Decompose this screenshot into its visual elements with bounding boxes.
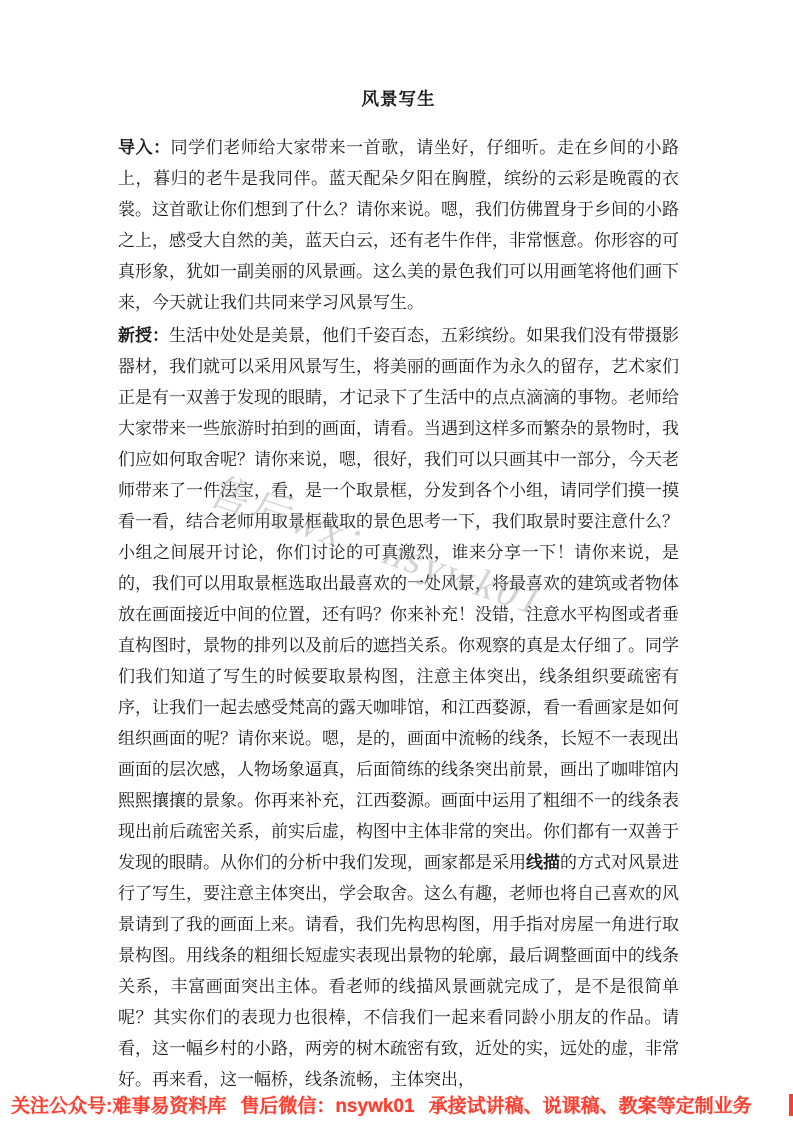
paragraph-intro: 导入：同学们老师给大家带来一首歌，请坐好，仔细听。走在乡间的小路上，暮归的老牛是… xyxy=(118,132,679,318)
bold-term-line-drawing: 线描 xyxy=(526,853,560,872)
footer-wechat-contact: 售后微信：nsywk01 xyxy=(240,1091,414,1118)
paragraph-intro-label: 导入： xyxy=(118,138,171,157)
promo-footer: 关注公众号:难事易资料库 售后微信：nsywk01 承接试讲稿、说课稿、教案等定… xyxy=(0,1090,793,1122)
page-title: 风景写生 xyxy=(118,86,679,112)
paragraph-new-lesson-text-before: 生活中处处是美景，他们千姿百态，五彩缤纷。如果我们没有带摄影器材，我们就可以采用… xyxy=(118,326,679,872)
paragraph-new-lesson: 新授：生活中处处是美景，他们千姿百态，五彩缤纷。如果我们没有带摄影器材，我们就可… xyxy=(118,320,679,1095)
paragraph-intro-text: 同学们老师给大家带来一首歌，请坐好，仔细听。走在乡间的小路上，暮归的老牛是我同伴… xyxy=(118,138,679,312)
paragraph-new-lesson-label: 新授： xyxy=(118,326,169,345)
footer-official-account: 关注公众号:难事易资料库 xyxy=(11,1091,226,1118)
page-title-text: 风景写生 xyxy=(362,89,436,109)
document-page: 风景写生 导入：同学们老师给大家带来一首歌，请坐好，仔细听。走在乡间的小路上，暮… xyxy=(0,0,793,1122)
footer-edge-mark xyxy=(789,1094,793,1116)
footer-services: 承接试讲稿、说课稿、教案等定制业务 xyxy=(429,1091,752,1118)
paragraph-new-lesson-text-after: 的方式对风景进行了写生，要注意主体突出，学会取舍。这么有趣，老师也将自己喜欢的风… xyxy=(118,853,679,1089)
